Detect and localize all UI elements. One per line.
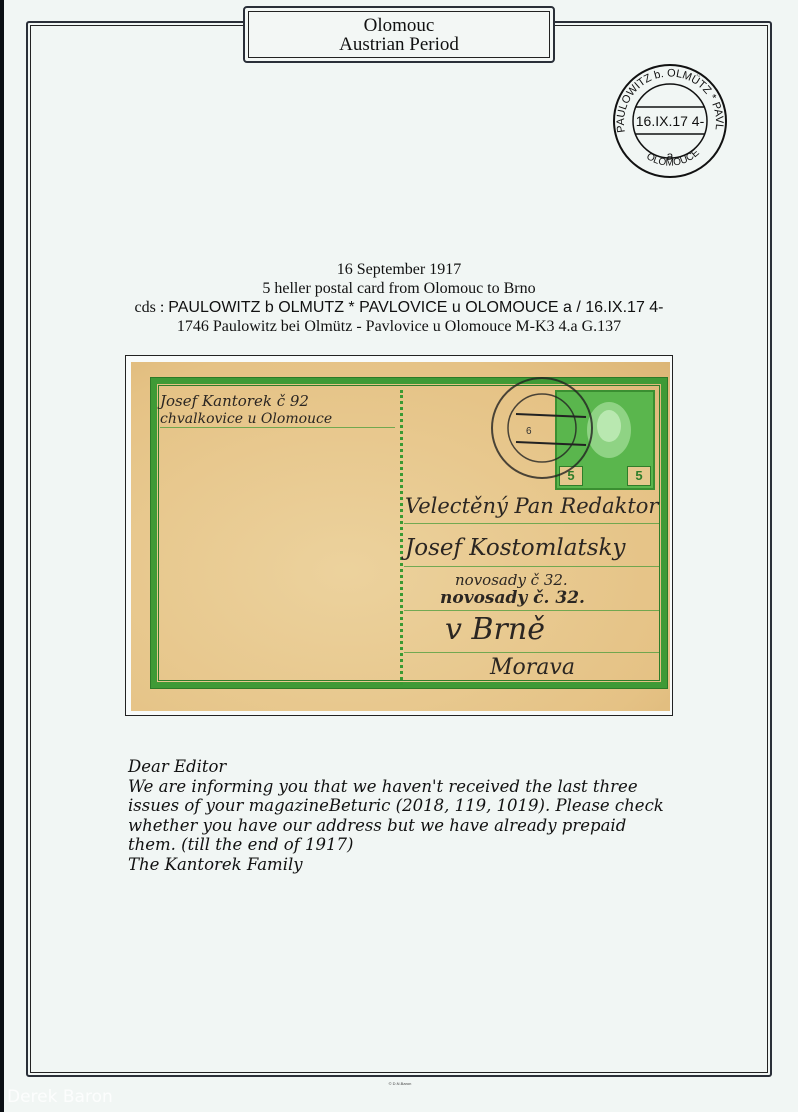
postcard-divider [400,390,403,685]
title: Olomouc [249,16,549,35]
address-rule-4 [404,652,659,653]
address-line-2: Josef Kostomlatsky [405,535,625,561]
postmark-illustration: PAULOWITZ b. OLMÜTZ * PAVLOVICE u OLOMOU… [611,62,729,180]
address-line-6: Morava [490,655,575,680]
sender-line-2: chvalkovice u Olomouce [160,411,332,427]
address-rule-1 [404,523,659,524]
address-rule-2 [404,566,659,567]
letter-transcription: Dear EditorWe are informing you that we … [128,757,664,874]
caption-date: 16 September 1917 [60,261,738,279]
letter-line: We are informing you that we haven't rec… [128,777,664,797]
caption-cds: cds : PAULOWITZ b OLMUTZ * PAVLOVICE u O… [60,299,738,317]
address-line-4: novosady č. 32. [440,588,585,608]
page-title: Olomouc Austrian Period [248,11,550,58]
letter-line: them. (till the end of 1917) [128,835,664,855]
letter-line: whether you have our address but we have… [128,816,664,836]
letter-line: issues of your magazineBeturic (2018, 11… [128,796,664,816]
address-line-3: novosady č 32. [455,571,568,589]
address-rule-3 [404,610,659,611]
address-line-1: Velectěný Pan Redaktor [405,494,658,518]
caption-reference: 1746 Paulowitz bei Olmütz - Pavlovice u … [60,318,738,336]
letter-line: The Kantorek Family [128,855,664,875]
postcard-cancel-mark: 6 [486,372,606,492]
letter-line: Dear Editor [128,757,664,777]
watermark: Derek Baron [7,1087,113,1107]
caption-description: 5 heller postal card from Olomouc to Brn… [60,280,738,298]
svg-text:6: 6 [526,426,532,437]
postmark-date: 16.IX.17 4- [636,113,705,129]
subtitle: Austrian Period [249,35,549,54]
address-line-5: v Brně [445,612,545,647]
sender-rule [160,427,395,428]
sender-line-1: Josef Kantorek č 92 [160,392,309,410]
cds-text: PAULOWITZ b OLMUTZ * PAVLOVICE u OLOMOUC… [168,299,663,316]
svg-text:a: a [667,149,674,163]
copyright-credit: © D.N.Baron [380,1081,420,1086]
scan-edge [0,0,4,1112]
cds-label: cds : [134,299,168,316]
stamp-value-right: 5 [627,466,651,486]
